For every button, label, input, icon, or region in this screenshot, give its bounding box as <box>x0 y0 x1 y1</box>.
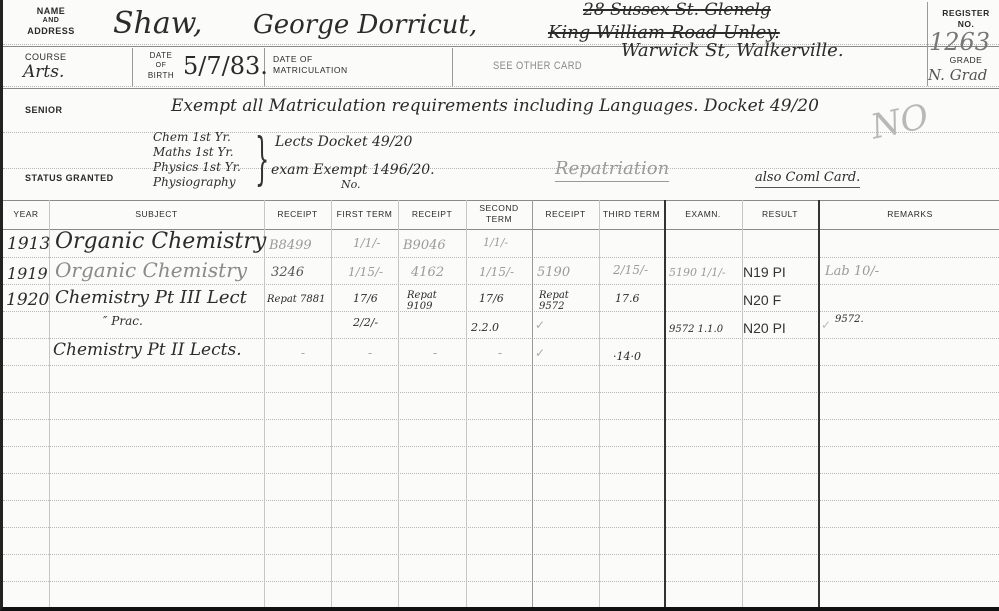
grade-value: N. Grad <box>928 66 987 84</box>
row-rule <box>3 284 999 285</box>
label-name: Name <box>25 6 77 16</box>
check-mark-icon: ✓ <box>821 318 831 332</box>
col-header-receipt: Receipt <box>264 200 331 228</box>
status-subject: Physiography <box>153 175 241 190</box>
label-register: Register <box>931 8 999 19</box>
row-rule <box>3 338 999 339</box>
divider <box>452 48 453 86</box>
check-mark-icon: ✓ <box>535 346 545 360</box>
col-header-year: Year <box>3 200 49 228</box>
cell-year: 1920 <box>6 290 49 310</box>
senior-label: Senior <box>25 105 63 115</box>
cell-subject: Chemistry Pt II Lects. <box>53 340 242 360</box>
cell-remarks: 9572. <box>835 314 864 325</box>
address-line-1-struck: 28 Sussex St. Glenelg <box>583 0 771 20</box>
col-header-third-term: Third Term <box>599 200 664 228</box>
matriculation-label: Date of Matriculation <box>273 54 348 76</box>
col-rule <box>466 200 467 611</box>
label-and: and <box>25 16 77 26</box>
cell-receipt: Repat 9109 <box>407 290 463 312</box>
cell-first-term: 17/6 <box>353 292 378 305</box>
cell-first-term: 2/2/- <box>353 316 378 329</box>
row-rule <box>3 527 999 528</box>
col-header-examn: Examn. <box>664 200 742 228</box>
cell-receipt: B8499 <box>269 238 312 253</box>
status-granted-label: Status Granted <box>25 173 114 183</box>
cell-first-term: 1/1/- <box>353 236 380 250</box>
see-other-card-stamp: SEE OTHER CARD <box>493 60 582 72</box>
status-exam: exam Exempt 1496/20. <box>271 162 435 178</box>
cell-year: 1919 <box>7 264 48 283</box>
col-rule <box>599 200 600 611</box>
cell-subject: ″ Prac. <box>103 314 143 328</box>
grade-label: Grade <box>931 55 999 65</box>
col-header-first-term: First Term <box>331 200 398 228</box>
cell-receipt: Repat 7881 <box>267 294 325 305</box>
status-subject: Chem 1st Yr. <box>153 130 241 145</box>
cell-subject: Organic Chemistry <box>55 229 266 254</box>
cell-subject: Organic Chemistry <box>55 258 247 282</box>
divider <box>3 88 999 89</box>
address-line-3: Warwick St, Walkerville. <box>621 40 844 61</box>
col-rule <box>818 200 820 611</box>
col-header-receipt: Receipt <box>532 200 599 228</box>
col-rule <box>532 200 533 611</box>
cell-receipt: Repat 9572 <box>539 290 595 312</box>
col-rule <box>49 200 50 611</box>
cell-second-term: - <box>498 346 502 360</box>
label-of: of <box>141 61 181 71</box>
cell-second-term: 17/6 <box>479 292 504 305</box>
label-address: Address <box>25 26 77 36</box>
status-subject: Physics 1st Yr. <box>153 160 241 175</box>
col-header-subject: Subject <box>49 200 264 228</box>
cell-receipt: 4162 <box>411 265 444 280</box>
cell-remarks: Lab 10/- <box>825 264 879 279</box>
label-matriculation: Matriculation <box>273 65 348 76</box>
cell-examn: 5190 1/1/- <box>669 266 726 279</box>
col-header-second-term: Second Term <box>466 200 532 228</box>
row-rule <box>3 392 999 393</box>
status-lects: Lects Docket 49/20 <box>275 134 412 150</box>
col-rule <box>398 200 399 611</box>
register-label: Register No. <box>931 8 999 30</box>
row-rule <box>3 473 999 474</box>
row-rule <box>3 554 999 555</box>
col-header-receipt: Receipt <box>398 200 466 228</box>
check-mark-icon: ✓ <box>535 318 545 332</box>
cell-receipt: B9046 <box>403 238 446 253</box>
course-value: Arts. <box>23 62 64 82</box>
col-rule <box>331 200 332 611</box>
divider <box>132 48 133 86</box>
cell-receipt: - <box>301 346 305 360</box>
register-number: 1263 <box>929 28 990 56</box>
cell-result: N20 F <box>743 292 781 308</box>
also-card-note: also Coml Card. <box>755 170 860 188</box>
name-address-label: Name and Address <box>25 6 77 36</box>
cell-receipt: 3246 <box>271 265 304 280</box>
cell-second-term: 2.2.0 <box>471 321 499 334</box>
cell-third-term: ·14·0 <box>613 350 641 363</box>
cell-subject: Chemistry Pt III Lect <box>55 287 247 308</box>
col-header-result: Result <box>742 200 818 228</box>
row-rule <box>3 500 999 501</box>
cell-first-term: 1/15/- <box>348 265 383 279</box>
given-names: George Dorricut, <box>253 10 477 40</box>
course-label: Course <box>25 52 67 62</box>
divider <box>3 44 999 45</box>
date-of-birth: 5/7/83. <box>183 52 268 80</box>
cell-result: N19 PI <box>743 264 786 280</box>
label-date: Date <box>141 51 181 61</box>
bracket-icon: } <box>255 130 269 190</box>
surname: Shaw, <box>113 6 202 41</box>
row-rule <box>3 581 999 582</box>
status-subjects: Chem 1st Yr. Maths 1st Yr. Physics 1st Y… <box>153 130 241 190</box>
status-subject: Maths 1st Yr. <box>153 145 241 160</box>
row-rule <box>3 311 999 312</box>
cell-third-term: 17.6 <box>615 292 640 305</box>
cell-year: 1913 <box>7 234 50 254</box>
divider <box>3 86 999 87</box>
row-rule <box>3 365 999 366</box>
row-rule <box>3 446 999 447</box>
repatriation-note: Repatriation <box>555 158 669 182</box>
label-birth: Birth <box>141 71 181 81</box>
col-header-remarks: Remarks <box>818 200 999 228</box>
cell-receipt: 5190 <box>537 265 570 280</box>
student-record-card: Name and Address Shaw, George Dorricut, … <box>0 0 999 611</box>
cell-result: N20 PI <box>743 320 786 336</box>
col-rule <box>742 200 743 611</box>
divider <box>3 46 999 47</box>
col-rule <box>664 200 666 611</box>
status-exam-no: No. <box>341 178 361 191</box>
senior-text: Exempt all Matriculation requirements in… <box>171 96 819 116</box>
col-rule <box>264 200 265 611</box>
cell-receipt: - <box>433 346 437 360</box>
dob-label: Date of Birth <box>141 51 181 81</box>
cell-second-term: 1/15/- <box>479 265 514 279</box>
cell-first-term: - <box>368 346 372 360</box>
row-rule <box>3 419 999 420</box>
cell-third-term: 2/15/- <box>613 263 648 277</box>
cell-second-term: 1/1/- <box>483 236 508 249</box>
margin-initials: NO <box>867 96 932 147</box>
label-date-of: Date of <box>273 54 348 65</box>
cell-examn: 9572 1.1.0 <box>669 324 723 335</box>
